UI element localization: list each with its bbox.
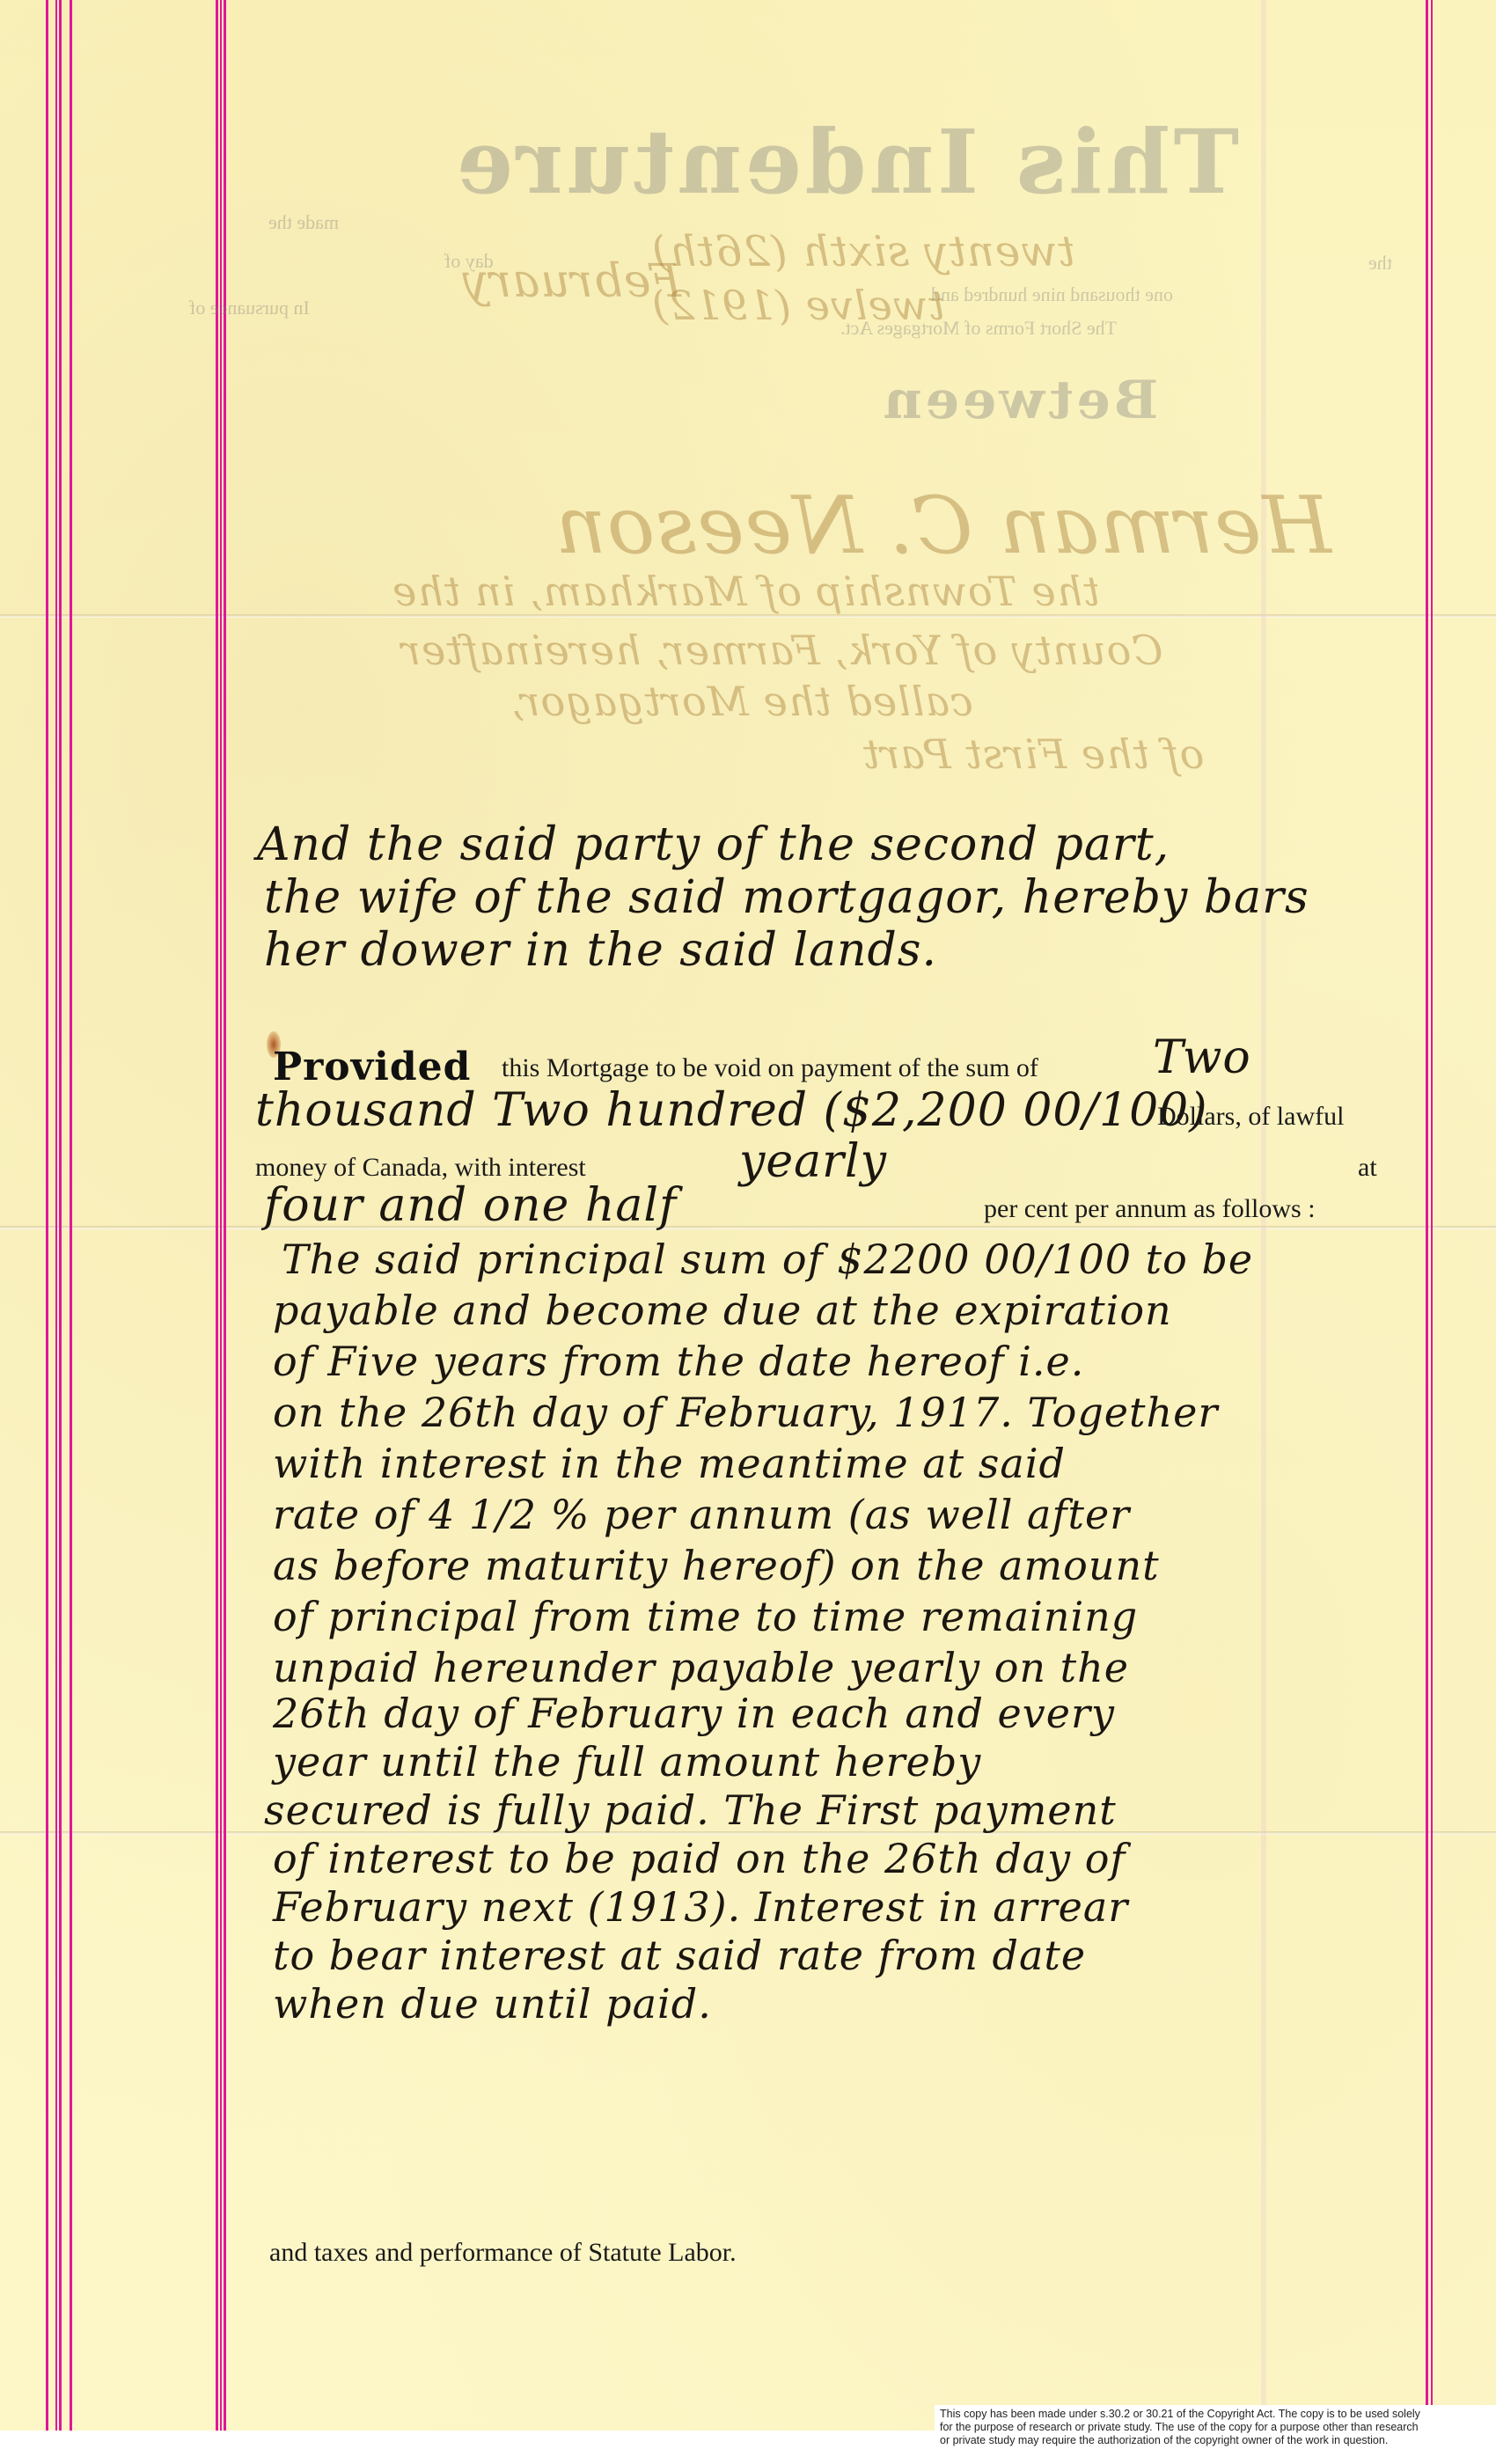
bleed-through-handwriting: twenty sixth (26th): [651, 227, 1075, 276]
printed-text: at: [1358, 1153, 1377, 1183]
handwritten-line: year until the full amount hereby: [273, 1738, 981, 1786]
handwritten-line: of interest to be paid on the 26th day o…: [273, 1835, 1126, 1882]
printed-text: Dollars, of lawful: [1157, 1102, 1344, 1132]
bleed-through-between: Between: [880, 370, 1158, 431]
handwritten-line: of Five years from the date hereof i.e.: [273, 1338, 1084, 1385]
handwritten-rate: four and one half: [264, 1179, 677, 1232]
handwritten-line: unpaid hereunder payable yearly on the: [273, 1644, 1129, 1691]
margin-line: [216, 0, 218, 2431]
handwritten-line: the wife of the said mortgagor, hereby b…: [264, 871, 1309, 924]
bleed-through-handwriting: County of York, Farmer, hereinafter: [400, 627, 1163, 674]
handwritten-amount: Two: [1153, 1031, 1251, 1084]
handwritten-line: of principal from time to time remaining: [273, 1593, 1138, 1640]
copyright-line: This copy has been made under s.30.2 or …: [940, 2408, 1496, 2421]
handwritten-line: with interest in the meantime at said: [273, 1440, 1066, 1487]
handwritten-line: to bear interest at said rate from date: [273, 1932, 1086, 1979]
statute-labor-clause: and taxes and performance of Statute Lab…: [269, 2238, 737, 2268]
handwritten-line: The said principal sum of $2200 00/100 t…: [282, 1236, 1253, 1283]
handwritten-frequency: yearly: [739, 1135, 887, 1188]
handwritten-line: when due until paid.: [273, 1980, 712, 2028]
margin-line: [1426, 0, 1428, 2431]
handwritten-line: payable and become due at the expiration: [273, 1287, 1172, 1334]
margin-line: [70, 0, 72, 2431]
document-page: This Indenture made the the day of one t…: [0, 0, 1496, 2431]
printed-text: money of Canada, with interest: [255, 1153, 586, 1183]
bleed-through-text: made the: [268, 211, 339, 234]
handwritten-line: on the 26th day of February, 1917. Toget…: [273, 1389, 1218, 1436]
margin-line: [59, 0, 62, 2431]
bleed-through-title: This Indenture: [453, 110, 1239, 214]
bleed-through-handwriting: twelve (1912): [651, 282, 945, 329]
bleed-through-handwriting: Herman C. Neeson: [554, 480, 1331, 572]
handwritten-line: her dower in the said lands.: [264, 924, 937, 977]
handwritten-line: secured is fully paid. The First payment: [264, 1786, 1117, 1834]
margin-line: [220, 0, 222, 2431]
printed-text: this Mortgage to be void on payment of t…: [502, 1053, 1038, 1083]
bleed-through-text: the: [1368, 252, 1392, 275]
copyright-notice: This copy has been made under s.30.2 or …: [935, 2405, 1496, 2464]
bleed-through-handwriting: the Township of Markham, in the: [392, 568, 1100, 615]
handwritten-line: February next (1913). Interest in arrear: [273, 1883, 1128, 1931]
handwritten-amount: thousand Two hundred ($2,200 00/100): [255, 1084, 1208, 1137]
handwritten-line: And the said party of the second part,: [257, 818, 1170, 871]
margin-line: [224, 0, 226, 2431]
bleed-through-text: In pursuance of: [189, 297, 310, 319]
bleed-through-text: one thousand nine hundred and: [931, 283, 1173, 306]
margin-line: [55, 0, 57, 2431]
copyright-line: or private study may require the authori…: [940, 2434, 1496, 2447]
handwritten-line: 26th day of February in each and every: [273, 1690, 1115, 1737]
copyright-line: for the purpose of research or private s…: [940, 2421, 1496, 2434]
handwritten-line: as before maturity hereof) on the amount: [273, 1542, 1160, 1589]
bleed-through-handwriting: called the Mortgagor,: [510, 678, 973, 725]
margin-line: [46, 0, 48, 2431]
printed-text: per cent per annum as follows :: [984, 1194, 1316, 1224]
provided-heading: Provided: [273, 1045, 471, 1089]
bleed-through-handwriting: February: [462, 255, 681, 308]
handwritten-line: rate of 4 1/2 % per annum (as well after: [273, 1491, 1130, 1538]
bleed-through-handwriting: of the First Part: [862, 730, 1204, 778]
margin-line: [1431, 0, 1433, 2431]
